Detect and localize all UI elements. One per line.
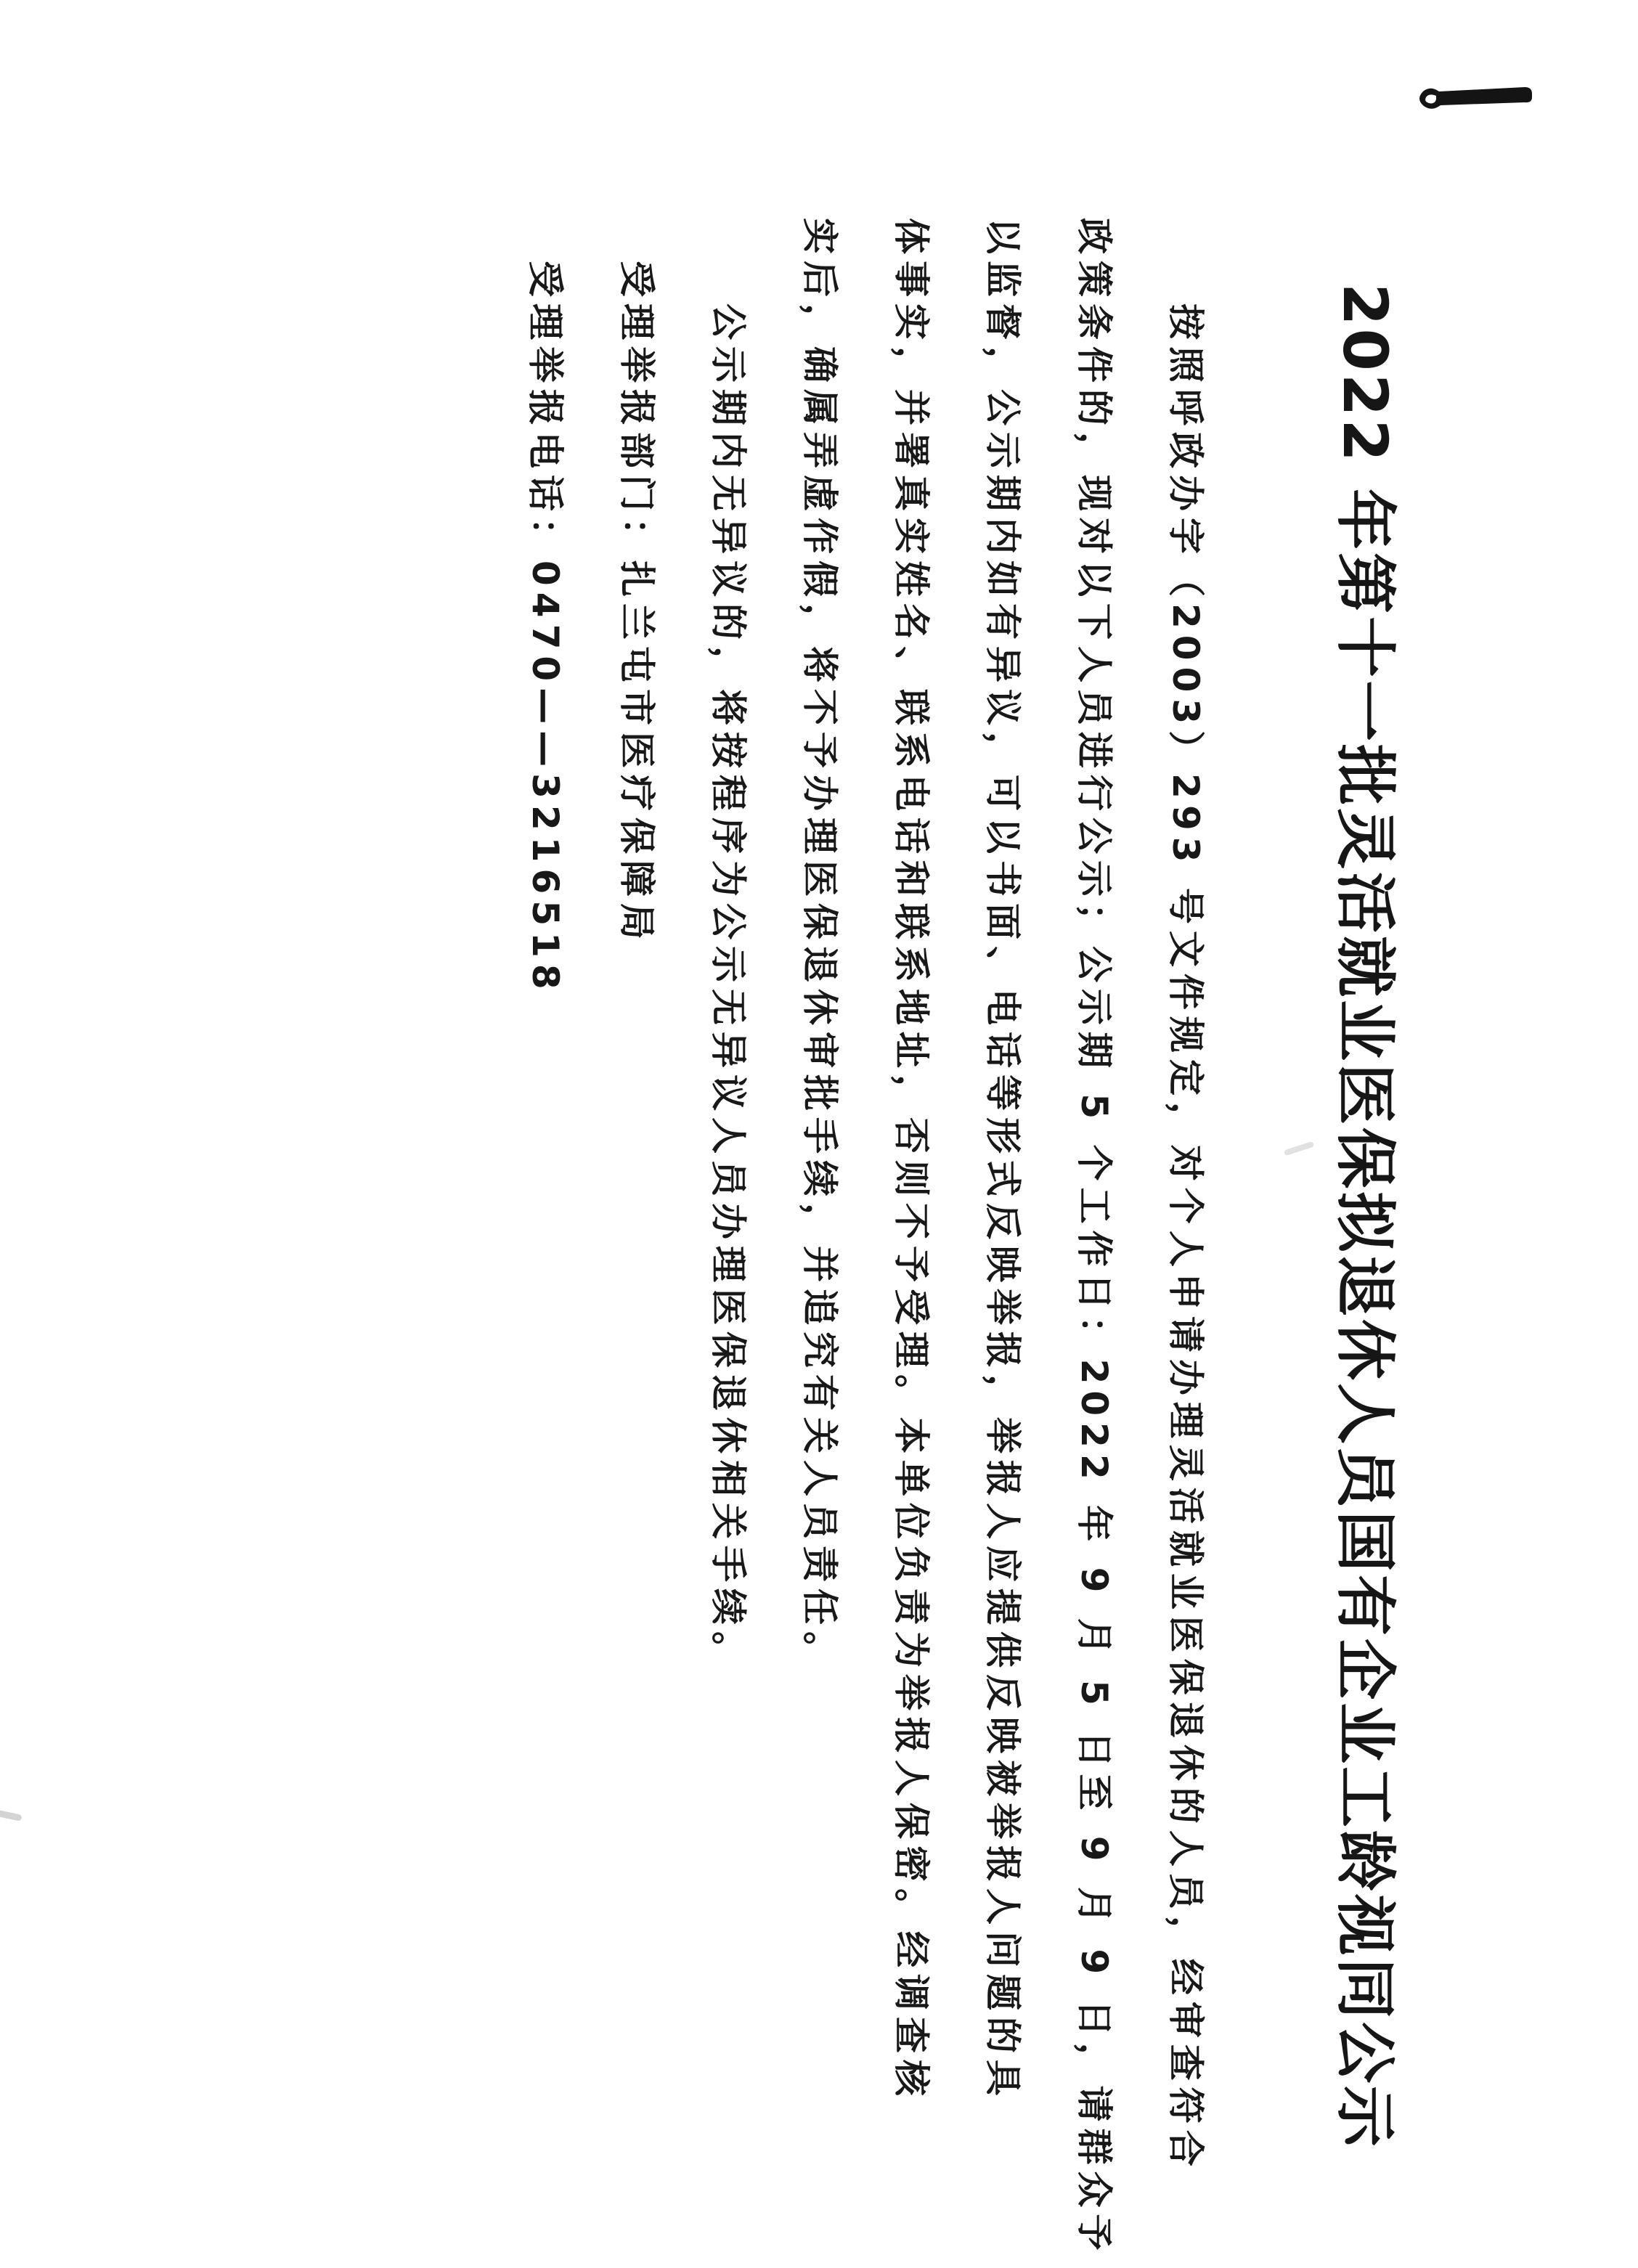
notice-document: 2022 年第十一批灵活就业医保拟退休人员国有企业工龄视同公示 按照呼政办字（2…: [500, 0, 1638, 2268]
notice-body: 按照呼政办字（2003）293 号文件规定，对个人申请办理灵活就业医保退休的人员…: [500, 218, 1231, 2105]
body-line: 政策条件的，现对以下人员进行公示；公示期 5 个工作日：2022 年 9 月 5…: [1048, 218, 1140, 2105]
report-department-line: 受理举报部门：扎兰屯市医疗保障局: [591, 218, 682, 2105]
body-line: 实后，确属弄虚作假，将不予办理医保退休审批手续，并追究有关人员责任。: [774, 218, 865, 2105]
body-line: 体事实，并署真实姓名、联系电话和联系地址，否则不予受理。本单位负责为举报人保密。…: [865, 218, 957, 2105]
body-line: 以监督，公示期内如有异议，可以书面、电话等形式反映举报，举报人应提供反映被举报人…: [957, 218, 1048, 2105]
report-phone-line: 受理举报电话：0470——3216518: [500, 218, 591, 2105]
scanner-ink-mark: [1417, 81, 1536, 119]
notice-title: 2022 年第十一批灵活就业医保拟退休人员国有企业工龄视同公示: [1321, 218, 1409, 2105]
scanned-document-page: 2022 年第十一批灵活就业医保拟退休人员国有企业工龄视同公示 按照呼政办字（2…: [0, 0, 1638, 2268]
body-line: 公示期内无异议的，将按程序为公示无异议人员办理医保退休相关手续。: [682, 218, 774, 2105]
body-line: 按照呼政办字（2003）293 号文件规定，对个人申请办理灵活就业医保退休的人员…: [1140, 218, 1231, 2105]
rotated-document-canvas: 2022 年第十一批灵活就业医保拟退休人员国有企业工龄视同公示 按照呼政办字（2…: [0, 0, 1638, 2268]
